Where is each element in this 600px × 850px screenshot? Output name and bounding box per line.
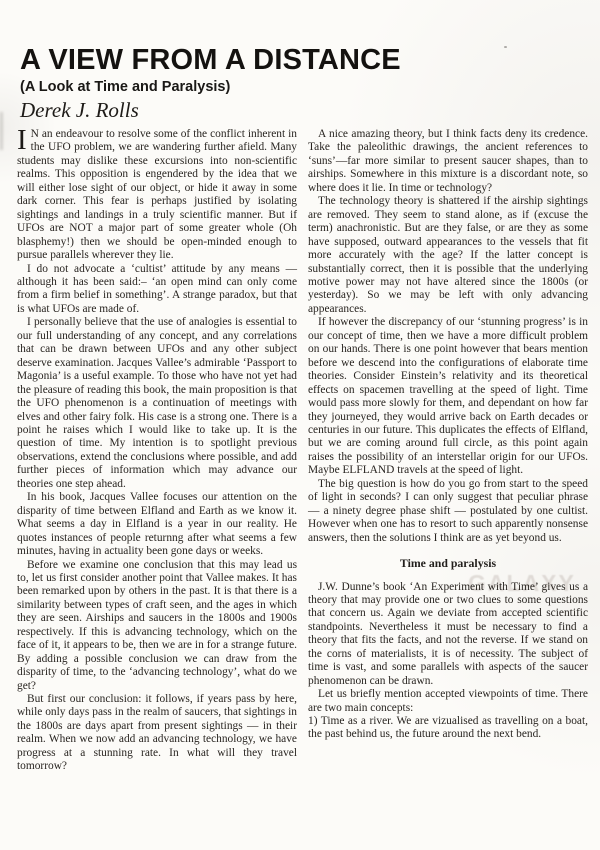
article-author: Derek J. Rolls <box>20 98 580 122</box>
paragraph: But first our conclusion: it follows, if… <box>17 693 297 774</box>
scan-edge-smudge <box>0 112 3 150</box>
article-masthead: A VIEW FROM A DISTANCE (A Look at Time a… <box>20 44 580 122</box>
article-title: A VIEW FROM A DISTANCE <box>20 44 580 76</box>
article-subtitle: (A Look at Time and Paralysis) <box>20 78 580 96</box>
paragraph: In his book, Jacques Vallee focuses our … <box>17 491 297 558</box>
paragraph-dropcap: IN an endeavour to resolve some of the c… <box>17 128 297 263</box>
article-body: IN an endeavour to resolve some of the c… <box>17 128 588 774</box>
paragraph-text: N an endeavour to resolve some of the co… <box>17 128 297 261</box>
section-heading: Time and paralysis <box>308 557 588 570</box>
paragraph: Before we examine one conclusion that th… <box>17 559 297 694</box>
right-column: A nice amazing theory, but I think facts… <box>308 128 588 774</box>
scanned-article-page: GALAXY A VIEW FROM A DISTANCE (A Look at… <box>0 0 600 850</box>
paragraph: A nice amazing theory, but I think facts… <box>308 128 588 195</box>
paragraph: J.W. Dunne’s book ‘An Experiment with Ti… <box>308 581 588 689</box>
drop-cap-letter: I <box>17 128 31 152</box>
paragraph: The technology theory is shattered if th… <box>308 195 588 316</box>
paragraph: I personally believe that the use of ana… <box>17 316 297 491</box>
paragraph: 1) Time as a river. We are vizualised as… <box>308 715 588 742</box>
left-column: IN an endeavour to resolve some of the c… <box>17 128 297 774</box>
paragraph: The big question is how do you go from s… <box>308 478 588 545</box>
paragraph: Let us briefly mention accepted viewpoin… <box>308 688 588 715</box>
paragraph: If however the discrepancy of our ‘stunn… <box>308 316 588 477</box>
paragraph: I do not advocate a ‘cultist’ attitude b… <box>17 263 297 317</box>
